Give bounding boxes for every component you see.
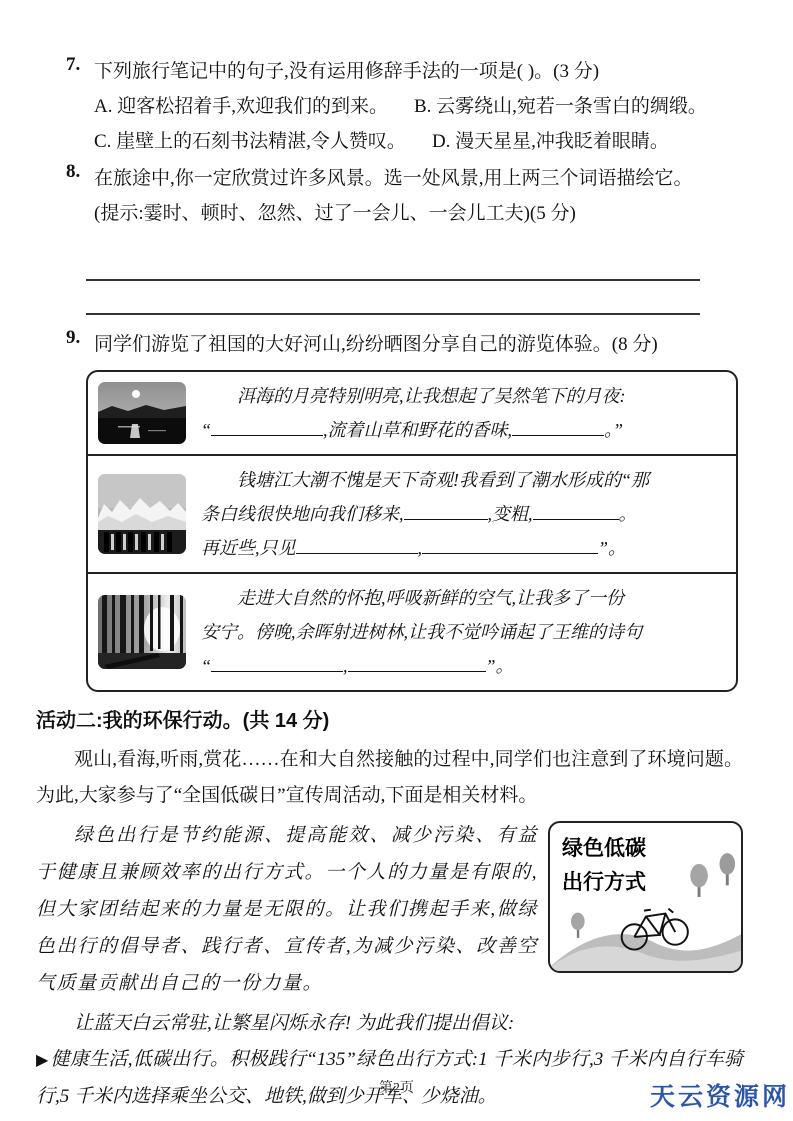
question-7-option-a: A. 迎客松招着手,欢迎我们的到来。	[94, 89, 388, 124]
question-7-option-d: D. 漫天星星,冲我眨着眼睛。	[432, 124, 669, 159]
activity-2-heading: 活动二:我的环保行动。(共 14 分)	[36, 706, 743, 736]
fill-in-blank	[211, 418, 323, 436]
table-row: 走进大自然的怀抱,呼吸新鲜的空气,让我多了一份 安宁。傍晚,余晖射进树林,让我不…	[88, 572, 736, 690]
poster-line-1: 绿色低碳	[562, 832, 646, 866]
fill-in-blank	[404, 502, 488, 520]
question-8-number: 8.	[66, 161, 94, 231]
answer-area	[36, 247, 743, 315]
activity-2-intro: 观山,看海,听雨,赏花……在和大自然接触的过程中,同学们也注意到了环境问题。为此…	[36, 742, 743, 814]
fill-in-blank	[211, 654, 343, 672]
table-row: 洱海的月亮特别明亮,让我想起了吴然笔下的月夜: “,流着山草和野花的香味,。”	[88, 372, 736, 454]
question-8-stem: 在旅途中,你一定欣赏过许多风景。选一处风景,用上两三个词语描绘它。	[94, 161, 743, 196]
row2-text: 。	[619, 504, 637, 524]
answer-rule-line	[86, 281, 700, 315]
triangle-bullet-icon: ▶	[36, 1052, 49, 1069]
row1-text: 。”	[604, 420, 623, 440]
fill-in-blank	[422, 536, 598, 554]
question-7-option-c: C. 崖壁上的石刻书法精湛,令人赞叹。	[94, 124, 406, 159]
question-7-number: 7.	[66, 54, 94, 159]
fill-in-blank	[348, 654, 486, 672]
fill-in-blank	[512, 418, 604, 436]
fill-in-blank	[296, 536, 418, 554]
question-8-hint: (提示:霎时、顿时、忽然、过了一会儿、一会儿工夫)(5 分)	[94, 196, 743, 231]
question-8: 8. 在旅途中,你一定欣赏过许多风景。选一处风景,用上两三个词语描绘它。 (提示…	[66, 161, 743, 231]
table-row: 钱塘江大潮不愧是天下奇观!我看到了潮水形成的“那 条白线很快地向我们移来,,变粗…	[88, 454, 736, 572]
material-section: 绿色低碳 出行方式 绿色出行是节约能源、提高能效、减少污染、有益于健康且兼顾效率…	[36, 817, 743, 1002]
watermark: 天云资源网	[650, 1077, 790, 1113]
question-7-option-b: B. 云雾绕山,宛若一条雪白的绸缎。	[414, 89, 707, 124]
question-7: 7. 下列旅行笔记中的句子,没有运用修辞手法的一项是( )。(3 分) A. 迎…	[66, 54, 743, 159]
row2-text: ”。	[598, 538, 626, 558]
photo-moonlit-lake	[97, 382, 187, 444]
question-9-table: 洱海的月亮特别明亮,让我想起了吴然笔下的月夜: “,流着山草和野花的香味,。”	[86, 370, 738, 692]
row2-text: ,变粗,	[488, 504, 533, 524]
row3-text: 安宁。傍晚,余晖射进树林,让我不觉吟诵起了王维的诗句	[201, 622, 642, 642]
question-7-stem: 下列旅行笔记中的句子,没有运用修辞手法的一项是( )。(3 分)	[94, 54, 743, 89]
fill-in-blank	[533, 502, 619, 520]
row1-text: ,流着山草和野花的香味,	[323, 420, 512, 440]
question-9-number: 9.	[66, 327, 94, 362]
row1-text: 洱海的月亮特别明亮,让我想起了吴然笔下的月夜:	[237, 386, 626, 406]
question-9-stem: 同学们游览了祖国的大好河山,纷纷晒图分享自己的游览体验。(8 分)	[94, 327, 743, 362]
exam-page: 7. 下列旅行笔记中的句子,没有运用修辞手法的一项是( )。(3 分) A. 迎…	[0, 0, 793, 1121]
poster-line-2: 出行方式	[562, 866, 646, 900]
photo-forest-light	[97, 595, 187, 669]
row3-text: “	[201, 656, 211, 676]
row2-text: 再近些,只见	[201, 538, 296, 558]
row2-text: 钱塘江大潮不愧是天下奇观!我看到了潮水形成的“那	[237, 470, 649, 490]
question-9: 9. 同学们游览了祖国的大好河山,纷纷晒图分享自己的游览体验。(8 分)	[66, 327, 743, 362]
answer-rule-line	[86, 247, 700, 281]
row3-text: 走进大自然的怀抱,呼吸新鲜的空气,让我多了一份	[237, 588, 624, 608]
green-travel-poster: 绿色低碳 出行方式	[548, 821, 743, 973]
row2-text: 条白线很快地向我们移来,	[201, 504, 404, 524]
appeal-line: 让蓝天白云常驻,让繁星闪烁永存! 为此我们提出倡议:	[36, 1006, 743, 1042]
photo-tidal-bore	[97, 474, 187, 554]
row3-text: ”。	[486, 656, 514, 676]
row1-text: “	[201, 420, 211, 440]
